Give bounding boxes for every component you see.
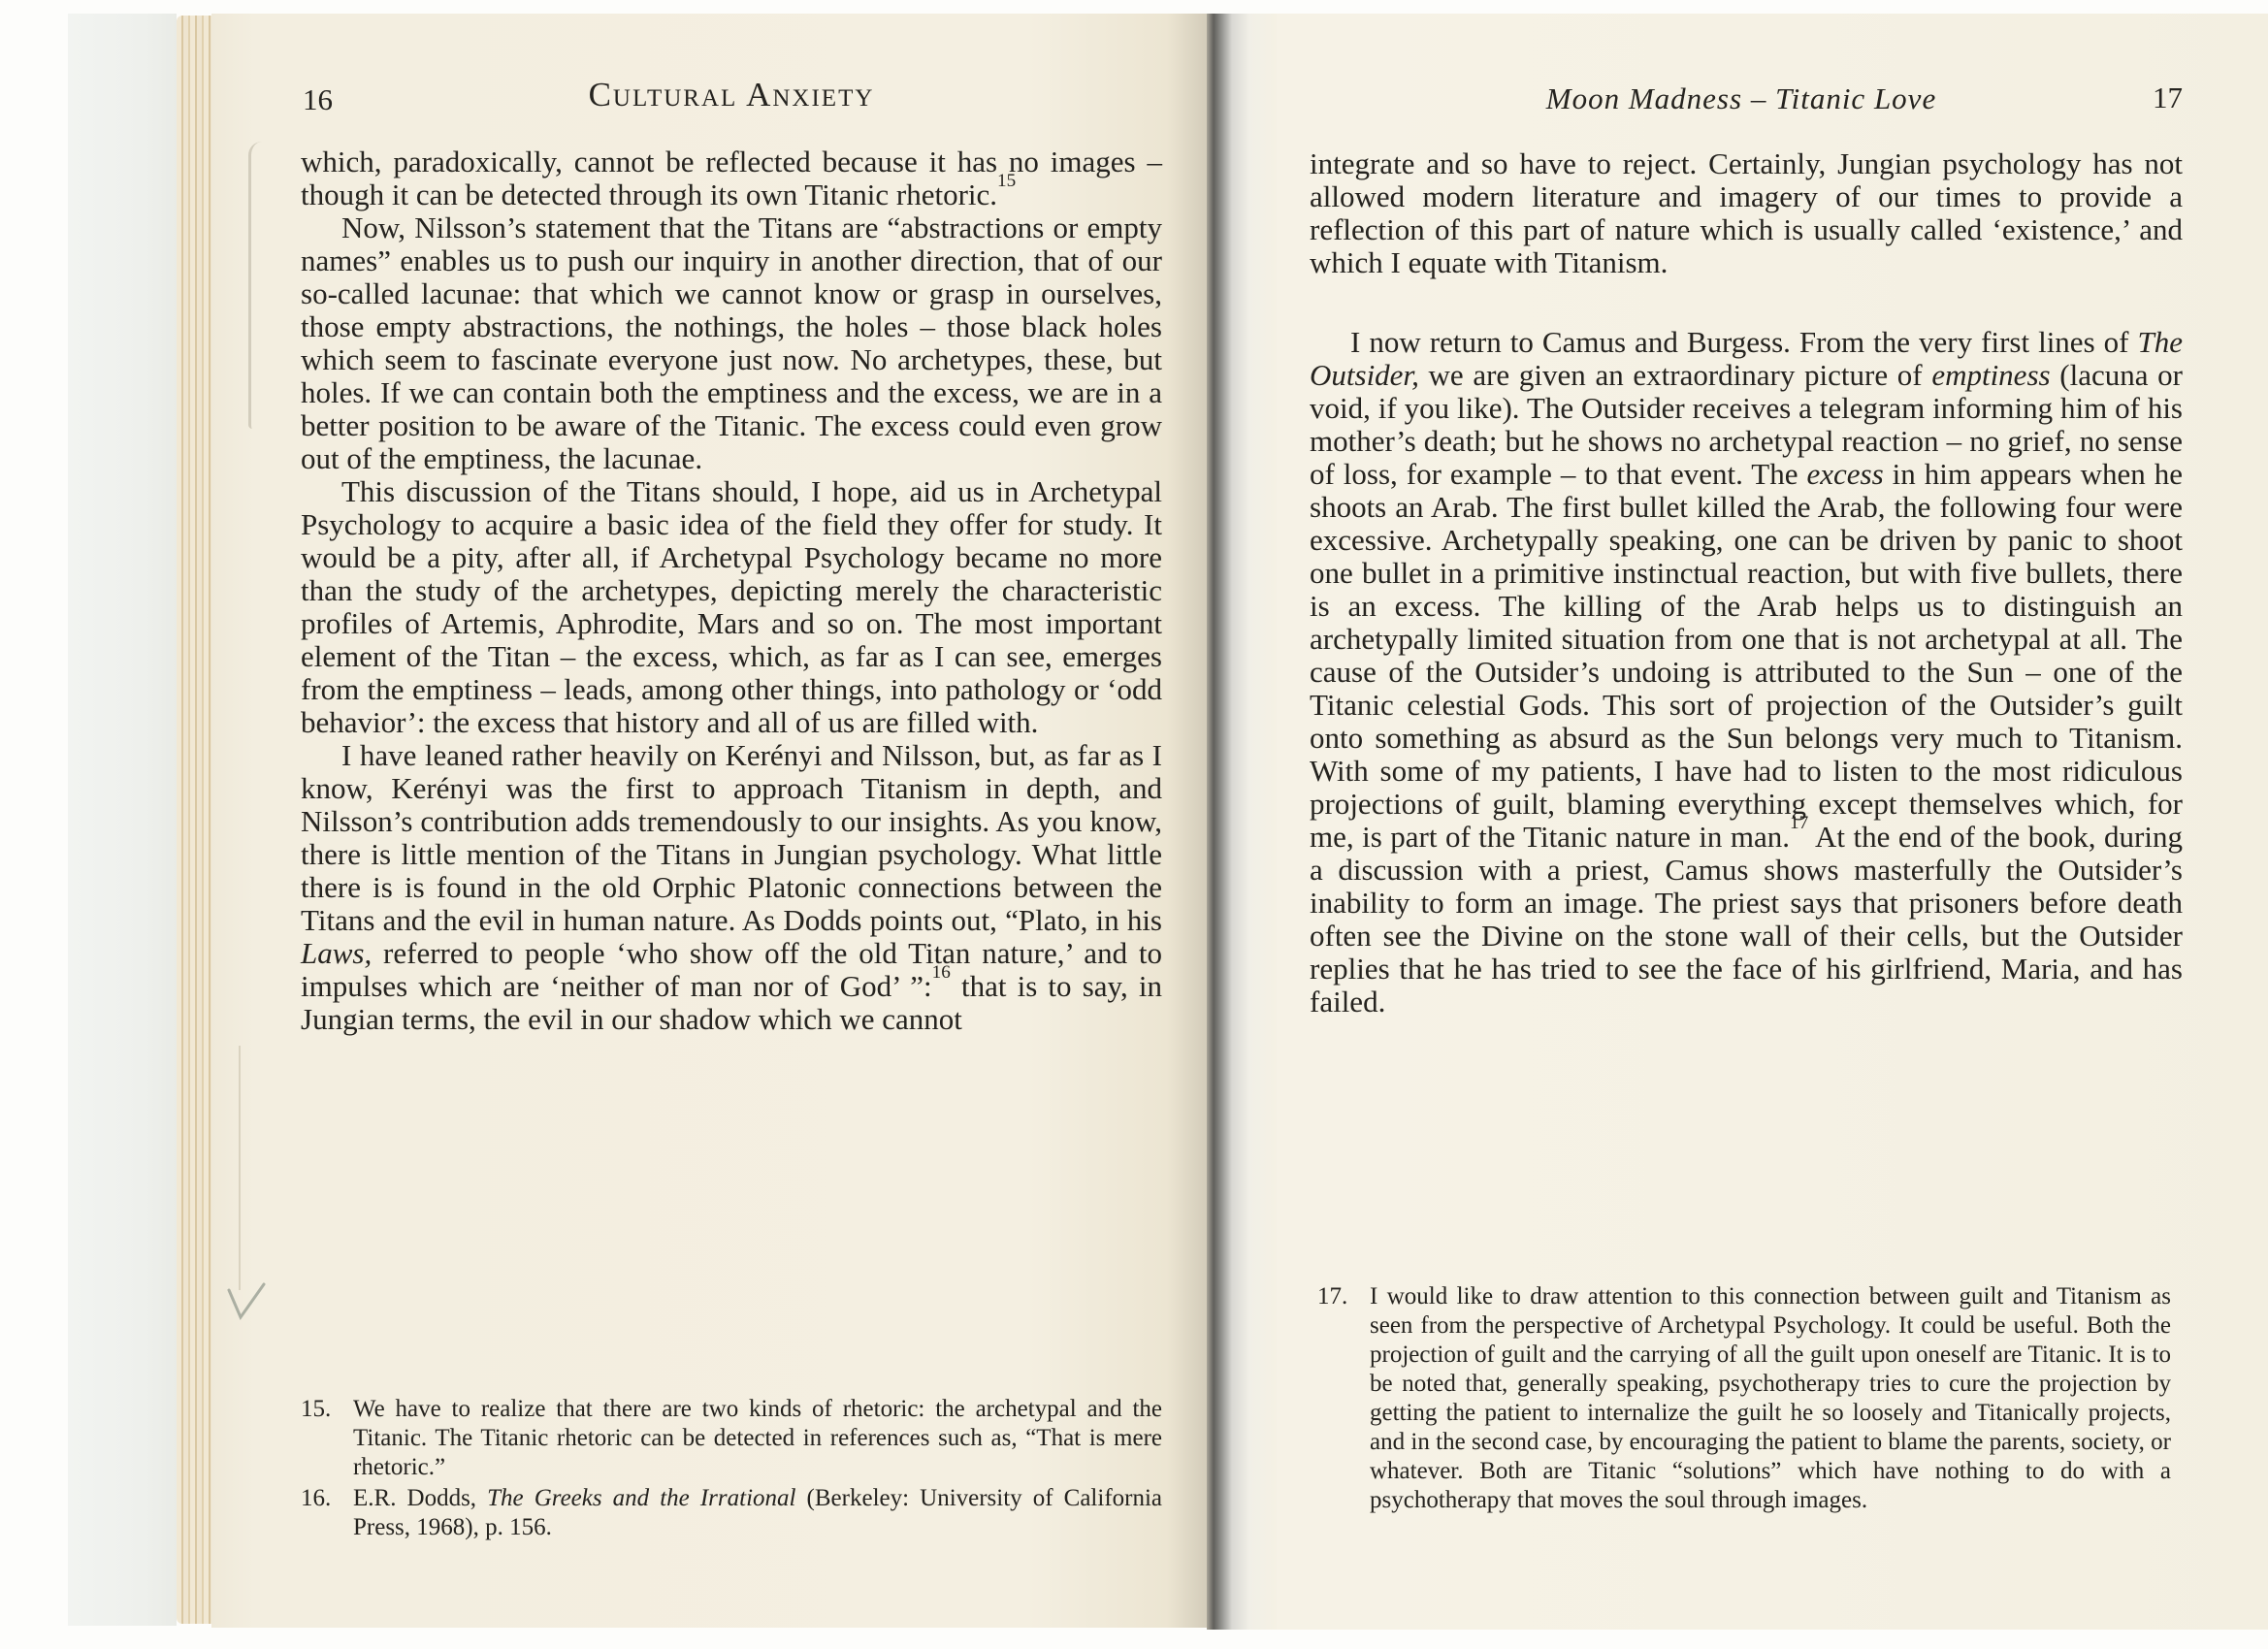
right-page-number: 17 [2105,81,2183,114]
pencil-checkmark [225,1280,268,1323]
footnote-text: E.R. Dodds, The Greeks and the Irrationa… [353,1484,1162,1542]
body-paragraph: I now return to Camus and Burgess. From … [1310,326,2183,1018]
body-paragraph: which, paradoxically, cannot be reflecte… [301,145,1162,211]
footnote-text: We have to realize that there are two ki… [353,1395,1162,1482]
body-paragraph: Now, Nilsson’s statement that the Titans… [301,211,1162,475]
body-paragraph: I have leaned rather heavily on Kerényi … [301,739,1162,1036]
footnote-text: I would like to draw attention to this c… [1370,1282,2171,1515]
left-running-header: Cultural Anxiety [301,76,1162,114]
body-paragraph: integrate and so have to reject. Certain… [1310,147,2183,279]
left-footnotes: 15.We have to realize that there are two… [301,1395,1162,1544]
stacked-page-edges [177,16,211,1624]
footnote: 15.We have to realize that there are two… [301,1395,1162,1482]
book-gutter-shadow [1207,14,1277,1630]
right-body-text: integrate and so have to reject. Certain… [1310,147,2183,1018]
footnote-number: 15. [301,1395,353,1482]
right-running-header: Moon Madness – Titanic Love [1310,81,2173,116]
footnote: 17.I would like to draw attention to thi… [1317,1282,2171,1515]
right-footnotes: 17.I would like to draw attention to thi… [1317,1282,2171,1517]
footnote-number: 17. [1317,1282,1370,1515]
pencil-margin-line [248,142,263,429]
book-left-blank-surface [68,14,177,1626]
body-paragraph: This discussion of the Titans should, I … [301,475,1162,739]
footnote-number: 16. [301,1484,353,1542]
pencil-margin-line [239,1046,248,1290]
left-body-text: which, paradoxically, cannot be reflecte… [301,145,1162,1036]
footnote: 16.E.R. Dodds, The Greeks and the Irrati… [301,1484,1162,1542]
